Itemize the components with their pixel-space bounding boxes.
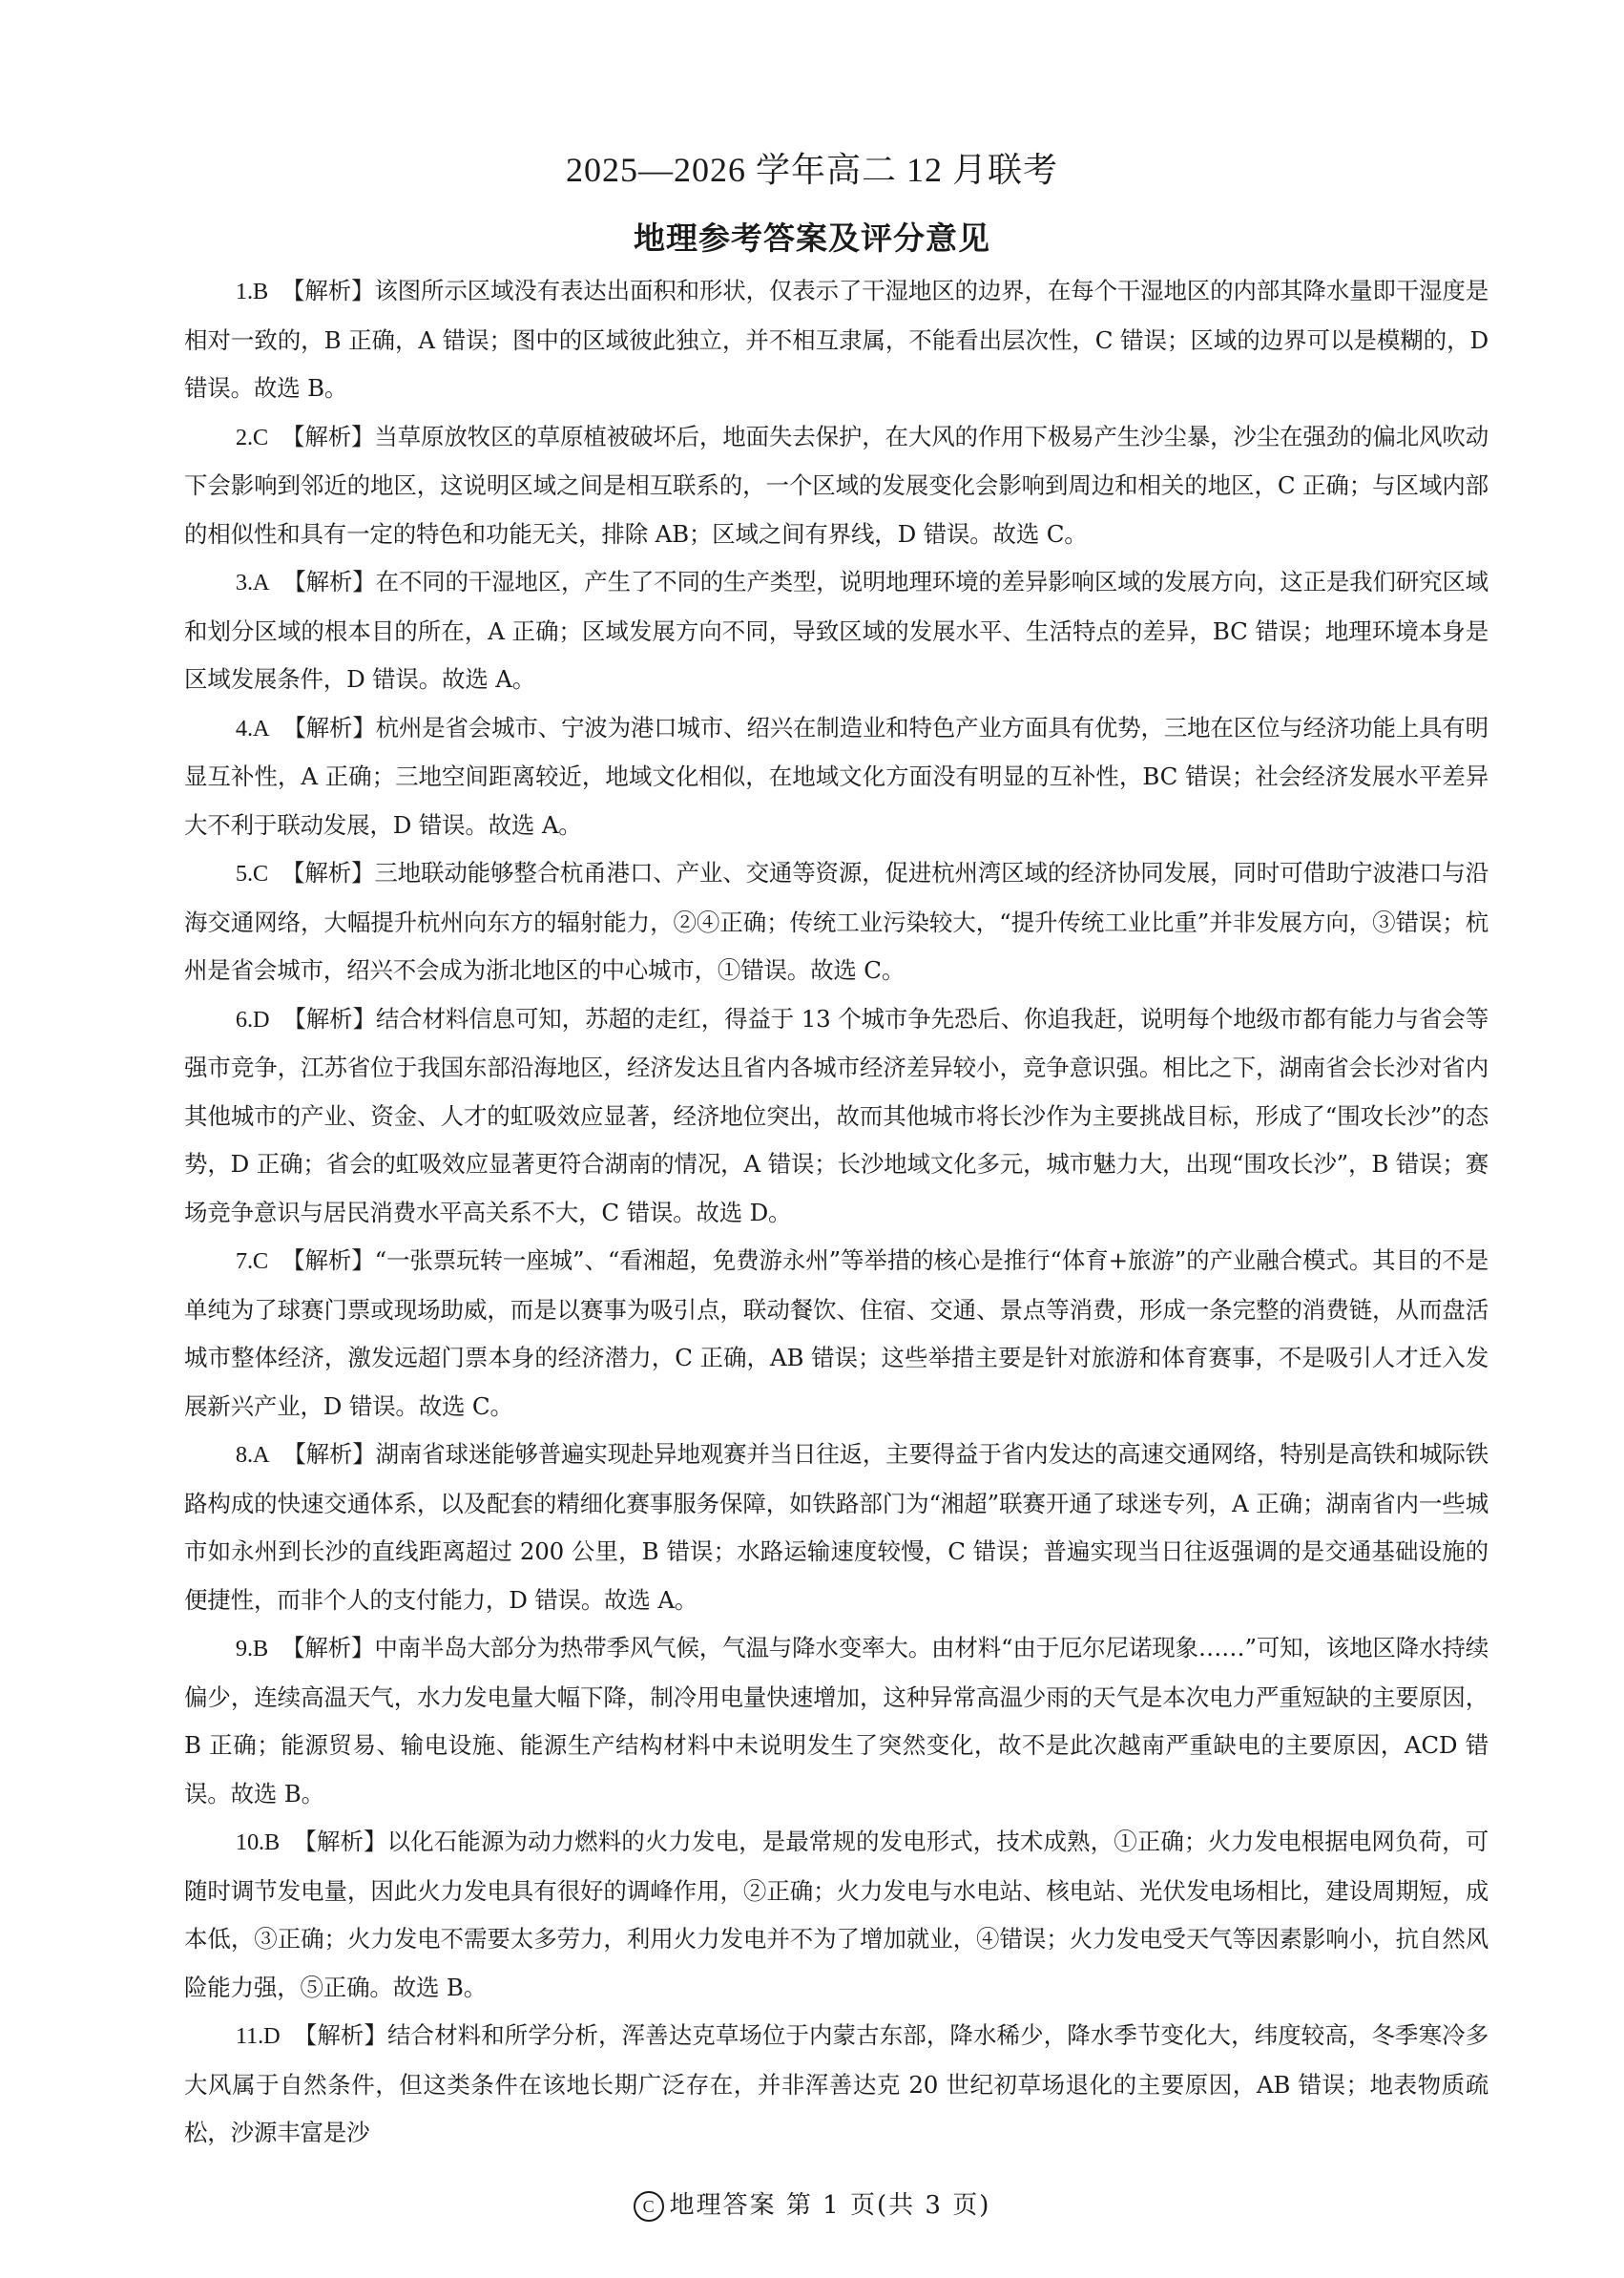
answer-item-9: 9.B【解析】中南半岛大部分为热带季风气候，气温与降水变率大。由材料“由于厄尔尼… — [184, 1624, 1489, 1818]
copyright-icon: C — [634, 2191, 664, 2222]
answer-item-6: 6.D【解析】结合材料信息可知，苏超的走红，得益于 13 个城市争先恐后、你追我… — [184, 995, 1489, 1238]
analysis-tag: 【解析】 — [281, 277, 374, 304]
analysis-tag: 【解析】 — [282, 568, 375, 596]
answer-item-4: 4.A【解析】杭州是省会城市、宁波为港口城市、绍兴在制造业和特色产业方面具有优势… — [184, 704, 1489, 850]
answer-item-1: 1.B【解析】该图所示区域没有表达出面积和形状，仅表示了干湿地区的边界，在每个干… — [184, 267, 1489, 413]
answer-number: 8.A — [236, 1442, 269, 1468]
answer-text: 湖南省球迷能够普遍实现赴异地观赛并当日往返，主要得益于省内发达的高速交通网络，特… — [184, 1440, 1489, 1614]
answer-number: 4.A — [236, 716, 269, 742]
answer-text: 当草原放牧区的草原植被破坏后，地面失去保护，在大风的作用下极易产生沙尘暴，沙尘在… — [184, 423, 1489, 548]
analysis-tag: 【解析】 — [281, 1246, 375, 1274]
answer-item-11: 11.D【解析】结合材料和所学分析，浑善达克草场位于内蒙古东部，降水稀少，降水季… — [184, 2012, 1489, 2158]
answer-number: 11.D — [236, 2023, 281, 2049]
answer-text: 该图所示区域没有表达出面积和形状，仅表示了干湿地区的边界，在每个干湿地区的内部其… — [184, 277, 1489, 402]
answer-number: 10.B — [236, 1829, 280, 1855]
answer-number: 2.C — [236, 425, 268, 450]
page-subtitle: 地理参考答案及评分意见 — [0, 214, 1624, 259]
answer-list: 1.B【解析】该图所示区域没有表达出面积和形状，仅表示了干湿地区的边界，在每个干… — [184, 267, 1489, 2158]
page-footer: C地理答案 第 1 页(共 3 页) — [0, 2185, 1624, 2222]
answer-text: 三地联动能够整合杭甬港口、产业、交通等资源，促进杭州湾区域的经济协同发展，同时可… — [184, 859, 1489, 984]
analysis-tag: 【解析】 — [282, 714, 375, 742]
answer-item-8: 8.A【解析】湖南省球迷能够普遍实现赴异地观赛并当日往返，主要得益于省内发达的高… — [184, 1431, 1489, 1624]
analysis-tag: 【解析】 — [282, 1005, 375, 1033]
answer-text: 杭州是省会城市、宁波为港口城市、绍兴在制造业和特色产业方面具有优势，三地在区位与… — [184, 714, 1489, 839]
analysis-tag: 【解析】 — [282, 1440, 375, 1468]
page-number-text: 地理答案 第 1 页(共 3 页) — [670, 2191, 991, 2220]
answer-number: 6.D — [236, 1007, 269, 1033]
answer-item-2: 2.C【解析】当草原放牧区的草原植被破坏后，地面失去保护，在大风的作用下极易产生… — [184, 413, 1489, 559]
answer-text: 中南半岛大部分为热带季风气候，气温与降水变率大。由材料“由于厄尔尼诺现象……”可… — [184, 1634, 1489, 1808]
answer-number: 7.C — [236, 1248, 268, 1274]
answer-text: 在不同的干湿地区，产生了不同的生产类型，说明地理环境的差异影响区域的发展方向，这… — [184, 568, 1489, 693]
answer-number: 5.C — [236, 861, 268, 887]
analysis-tag: 【解析】 — [281, 1634, 374, 1661]
analysis-tag: 【解析】 — [293, 1828, 387, 1855]
answer-item-5: 5.C【解析】三地联动能够整合杭甬港口、产业、交通等资源，促进杭州湾区域的经济协… — [184, 849, 1489, 995]
answer-number: 9.B — [236, 1636, 268, 1661]
answer-item-7: 7.C【解析】“一张票玩转一座城”、“看湘超，免费游永州”等举措的核心是推行“体… — [184, 1237, 1489, 1431]
answer-item-10: 10.B【解析】以化石能源为动力燃料的火力发电，是最常规的发电形式，技术成熟，①… — [184, 1818, 1489, 2012]
page-title: 2025—2026 学年高二 12 月联考 — [0, 143, 1624, 192]
answer-number: 1.B — [236, 279, 268, 304]
answer-text: “一张票玩转一座城”、“看湘超，免费游永州”等举措的核心是推行“体育+旅游”的产… — [184, 1246, 1489, 1420]
answer-text: 结合材料信息可知，苏超的走红，得益于 13 个城市争先恐后、你追我赶，说明每个地… — [184, 1005, 1489, 1226]
analysis-tag: 【解析】 — [281, 423, 374, 450]
answer-item-3: 3.A【解析】在不同的干湿地区，产生了不同的生产类型，说明地理环境的差异影响区域… — [184, 558, 1489, 704]
analysis-tag: 【解析】 — [294, 2021, 388, 2049]
analysis-tag: 【解析】 — [281, 859, 374, 887]
answer-number: 3.A — [236, 570, 269, 596]
